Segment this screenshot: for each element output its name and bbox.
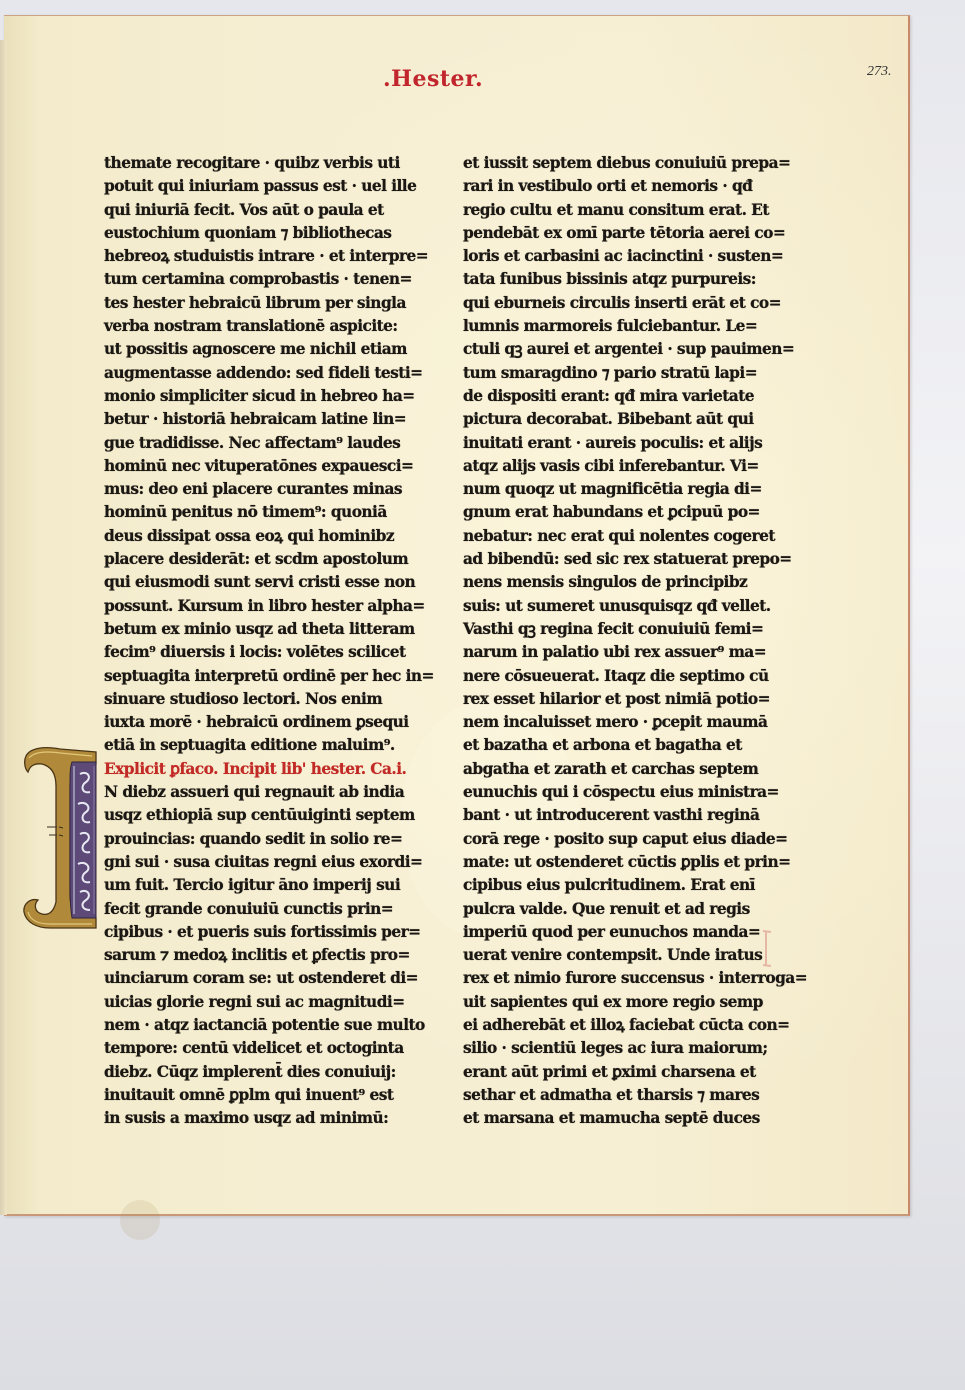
parchment-stain	[120, 1200, 160, 1240]
text-line: deus dissipat ossa eoꝝ qui hominibz	[104, 525, 404, 548]
text-line: mus: deo eni placere curantes minas	[104, 478, 404, 501]
text-line: bant · ut introducerent vasthi reginā	[463, 804, 763, 827]
folio-number: 273.	[867, 64, 892, 80]
text-line: hominū nec vituperatōnes expauesci=	[104, 455, 404, 478]
text-line: placere desiderāt: et scdm apostolum	[104, 548, 404, 571]
text-line: fecim⁹ diuersis i locis: volētes scilice…	[104, 641, 404, 664]
text-line: pictura decorabat. Bibebant aūt qui	[463, 408, 763, 431]
text-line: betum ex minio usqz ad theta litteram	[104, 618, 404, 641]
text-line: nens mensis singulos de principibz	[463, 571, 763, 594]
text-line: eunuchis qui i cōspectu eius ministra=	[463, 781, 763, 804]
text-line: Vasthi qꝫ regina fecit conuiuiū femi=	[463, 618, 763, 641]
text-line: cipibus eius pulcritudinem. Erat enī	[463, 874, 763, 897]
text-line: corā rege · posito sup caput eius diade=	[463, 828, 763, 851]
text-line: uerat venire contempsit. Unde iratus	[463, 944, 763, 967]
chapter-text-line: um fuit. Tercio igitur āno imperij sui	[104, 874, 404, 897]
marginal-pen-marks	[45, 825, 67, 841]
text-line: ad bibendū: sed sic rex statuerat prepo=	[463, 548, 763, 571]
rubric-heading: Explicit ꝑfaco. Incipit lib' hester. Ca.…	[104, 758, 404, 781]
text-line: qui iniuriā fecit. Vos aūt o paula et	[104, 199, 404, 222]
running-head: .Hester.	[383, 66, 483, 92]
text-line: septuagita interpretū ordinē per hec in=	[104, 665, 404, 688]
text-line: augmentasse addendo: sed fideli testi=	[104, 362, 404, 385]
chapter-text-line: in susis a maximo usqz ad minimū:	[104, 1107, 404, 1130]
text-line: ctuli qꝫ aurei et argentei · sup pauimen…	[463, 338, 763, 361]
text-line: narum in palatio ubi rex assuer⁹ ma=	[463, 641, 763, 664]
chapter-text-line: tempore: centū videlicet et octoginta	[104, 1037, 404, 1060]
text-line: abgatha et zarath et carchas septem	[463, 758, 763, 781]
text-line: et bazatha et arbona et bagatha et	[463, 734, 763, 757]
chapter-text-line: N diebz assueri qui regnauit ab india	[104, 781, 404, 804]
text-line: possunt. Kursum in libro hester alpha=	[104, 595, 404, 618]
text-line: et iussit septem diebus conuiuiū prepa=	[463, 152, 763, 175]
chapter-text-line: sarum ⁊ medoꝝ inclitis et ꝑfectis pro=	[104, 944, 404, 967]
chapter-text-line: inuitauit omnē ꝑplm qui inuent⁹ est	[104, 1084, 404, 1107]
text-line: potuit qui iniuriam passus est · uel ill…	[104, 175, 404, 198]
text-line: gnum erat habundans et ꝑcipuū po=	[463, 501, 763, 524]
text-line: eustochium quoniam ⁊ bibliothecas	[104, 222, 404, 245]
text-line: hominū penitus nō timem⁹: quoniā	[104, 501, 404, 524]
text-line: nere cōsueuerat. Itaqz die septimo cū	[463, 665, 763, 688]
text-line: tum certamina comprobastis · tenen=	[104, 268, 404, 291]
text-line: lumnis marmoreis fulciebantur. Le=	[463, 315, 763, 338]
text-line: rex esset hilarior et post nimiā potio=	[463, 688, 763, 711]
text-line: uit sapientes qui ex more regio semp	[463, 991, 763, 1014]
text-line: pulcra valde. Que renuit et ad regis	[463, 898, 763, 921]
chapter-text-line: usqz ethiopiā sup centūuiginti septem	[104, 804, 404, 827]
chapter-text-line: cipibus · et pueris suis fortissimis per…	[104, 921, 404, 944]
text-line: iuxta morē · hebraicū ordinem ꝑsequi	[104, 711, 404, 734]
text-line: gue tradidisse. Nec affectam⁹ laudes	[104, 432, 404, 455]
text-line: nebatur: nec erat qui nolentes cogeret	[463, 525, 763, 548]
text-line: imperiū quod per eunuchos manda=	[463, 921, 763, 944]
text-line: pendebāt ex omī parte tētoria aerei co=	[463, 222, 763, 245]
offset-red-mark	[762, 929, 772, 969]
text-line: nem incaluisset mero · ꝑcepit maumā	[463, 711, 763, 734]
text-line: themate recogitare · quibz verbis uti	[104, 152, 404, 175]
text-line: betur · historiā hebraicam latine lin=	[104, 408, 404, 431]
chapter-text-line: fecit grande conuiuiū cunctis prin=	[104, 898, 404, 921]
text-line: et marsana et mamucha septē duces	[463, 1107, 763, 1130]
text-line: monio simpliciter sicud in hebreo ha=	[104, 385, 404, 408]
text-line: qui eburneis circulis inserti erāt et co…	[463, 292, 763, 315]
chapter-text-line: uicias glorie regni sui ac magnitudi=	[104, 991, 404, 1014]
text-line: atqz alijs vasis cibi inferebantur. Vi=	[463, 455, 763, 478]
text-line: ut possitis agnoscere me nichil etiam	[104, 338, 404, 361]
text-line: loris et carbasini ac iacinctini · suste…	[463, 245, 763, 268]
text-line: tata funibus bissinis atqz purpureis:	[463, 268, 763, 291]
text-line: suis: ut sumeret unusquisqz qđ vellet.	[463, 595, 763, 618]
text-line: rex et nimio furore succensus · interrog…	[463, 967, 763, 990]
chapter-text-line: nem · atqz iactanciā potentie sue multo	[104, 1014, 404, 1037]
text-line: qui eiusmodi sunt servi cristi esse non	[104, 571, 404, 594]
leaf-edge	[0, 40, 7, 1215]
text-line: inuitati erant · aureis poculis: et alij…	[463, 432, 763, 455]
right-text-column: et iussit septem diebus conuiuiū prepa= …	[463, 152, 763, 1130]
chapter-text-line: gni sui · susa ciuitas regni eius exordi…	[104, 851, 404, 874]
text-line: verba nostram translationē aspicite:	[104, 315, 404, 338]
text-line: num quoqz ut magnificētia regia di=	[463, 478, 763, 501]
chapter-text-line: prouincias: quando sedit in solio re=	[104, 828, 404, 851]
chapter-text-line: diebz. Cūqz implerent̄ dies conuiuij:	[104, 1061, 404, 1084]
text-line: sethar et admatha et tharsis ⁊ mares	[463, 1084, 763, 1107]
text-line: erant aūt primi et ꝑximi charsena et	[463, 1061, 763, 1084]
text-line: mate: ut ostenderet cūctis ꝑplis et prin…	[463, 851, 763, 874]
left-text-column: themate recogitare · quibz verbis uti po…	[104, 152, 404, 1130]
text-line: de dispositi erant: qđ mira varietate	[463, 385, 763, 408]
text-line: hebreoꝝ studuistis intrare · et interpre…	[104, 245, 404, 268]
text-line: silio · scientiū leges ac iura maiorum;	[463, 1037, 763, 1060]
text-line: sinuare studioso lectori. Nos enim	[104, 688, 404, 711]
text-line: tes hester hebraicū librum per singla	[104, 292, 404, 315]
text-line: ei adherebāt et illoꝝ faciebat cūcta con…	[463, 1014, 763, 1037]
text-line: etiā in septuagita editione maluim⁹.	[104, 734, 404, 757]
text-line: tum smaragdino ⁊ pario stratū lapi=	[463, 362, 763, 385]
chapter-text-line: uinciarum coram se: ut ostenderet di=	[104, 967, 404, 990]
text-line: regio cultu et manu consitum erat. Et	[463, 199, 763, 222]
text-line: rari in vestibulo orti et nemoris · qđ	[463, 175, 763, 198]
